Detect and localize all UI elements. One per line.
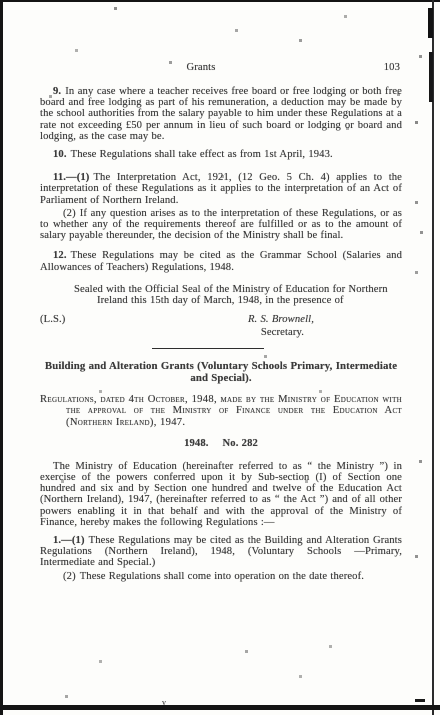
paragraph-number: 12.	[53, 250, 71, 261]
enacting-paragraph: The Ministry of Education (hereinafter r…	[40, 461, 402, 528]
paragraph-9: 9.In any case where a teacher receives f…	[40, 86, 402, 142]
paragraph-text: These Regulations shall take effect as f…	[71, 149, 333, 160]
statutory-year: 1948.	[184, 438, 208, 449]
paragraph-number: (2)	[63, 208, 80, 219]
paragraph-1-1: 1.—(1)These Regulations may be cited as …	[40, 535, 402, 569]
signature-title: Secretary.	[40, 327, 402, 338]
document-page: Grants 103 9.In any case where a teacher…	[0, 0, 440, 715]
paragraph-11-1: 11.—(1)The Interpretation Act, 1921, (12…	[40, 172, 402, 206]
paragraph-text: The Interpretation Act, 1921, (12 Geo. 5…	[40, 172, 402, 205]
paragraph-number: 10.	[53, 149, 71, 160]
statutory-serial: No. 282	[223, 438, 258, 449]
paragraph-text: In any case where a teacher receives fre…	[40, 86, 402, 142]
paragraph-10: 10.These Regulations shall take effect a…	[40, 149, 402, 160]
paragraph-number: 11.—(1)	[53, 172, 93, 183]
signature-row: (L.S.) R. S. Brownell,	[40, 314, 402, 325]
paragraph-1-2: (2)These Regulations shall come into ope…	[40, 571, 402, 582]
paragraph-text: These Regulations may be cited as the Bu…	[40, 535, 402, 568]
page-number: 103	[384, 62, 400, 73]
paragraph-text: These Regulations shall come into operat…	[80, 571, 364, 582]
paragraph-text: If any question arises as to the interpr…	[40, 208, 402, 241]
printers-mark: v	[162, 698, 166, 707]
statutory-number: 1948.No. 282	[40, 438, 402, 449]
page-content: Grants 103 9.In any case where a teacher…	[0, 0, 440, 582]
running-title: Grants	[40, 62, 362, 73]
regulations-preamble: Regulations, dated 4th October, 1948, ma…	[40, 394, 402, 429]
paragraph-number: 9.	[53, 86, 65, 97]
paragraph-text: These Regulations may be cited as the Gr…	[40, 250, 402, 272]
paragraph-number: 1.—(1)	[53, 535, 89, 546]
paragraph-12: 12.These Regulations may be cited as the…	[40, 250, 402, 272]
paragraph-number: (2)	[63, 571, 80, 582]
paragraph-11-2: (2)If any question arises as to the inte…	[40, 208, 402, 242]
scan-edge-bottom	[0, 705, 440, 710]
section-divider	[152, 348, 264, 349]
running-head: Grants 103	[40, 62, 402, 74]
signature-name: R. S. Brownell,	[248, 314, 402, 325]
section-heading: Building and Alteration Grants (Voluntar…	[40, 360, 402, 385]
locus-sigilli: (L.S.)	[40, 314, 65, 325]
scan-artifact	[415, 699, 425, 702]
sealing-clause: Sealed with the Official Seal of the Min…	[74, 284, 397, 306]
